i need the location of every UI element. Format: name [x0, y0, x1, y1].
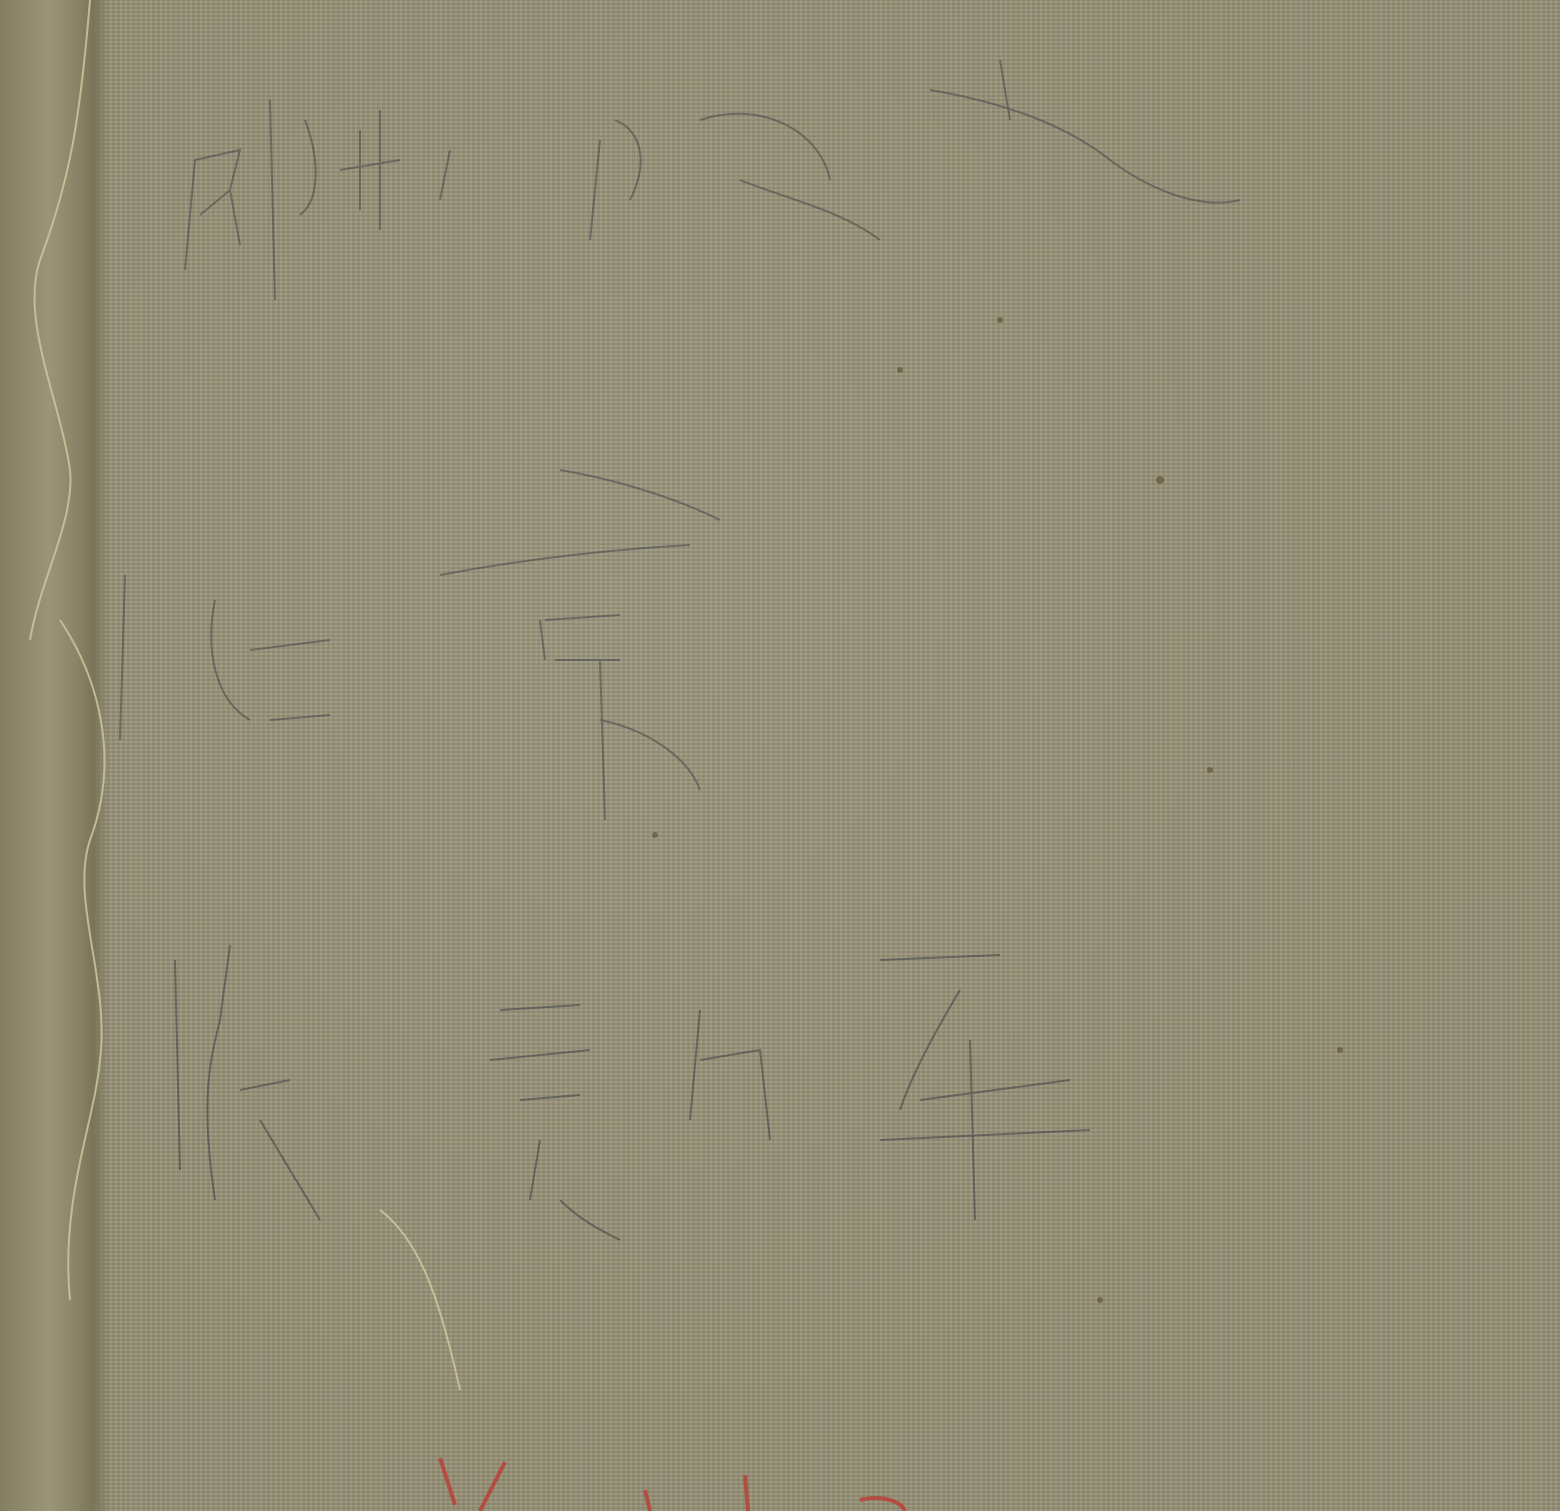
pencil-sketch-overlay: [0, 0, 1560, 1511]
pencil-characters-row-2: [120, 470, 720, 820]
pencil-characters-row-1: [185, 60, 1240, 300]
loose-threads: [30, 0, 460, 1390]
pencil-characters-row-3: [175, 945, 1090, 1240]
fiber-specks: [652, 317, 1343, 1303]
linen-photo: [0, 0, 1560, 1511]
red-marks-bottom: [440, 1458, 905, 1511]
